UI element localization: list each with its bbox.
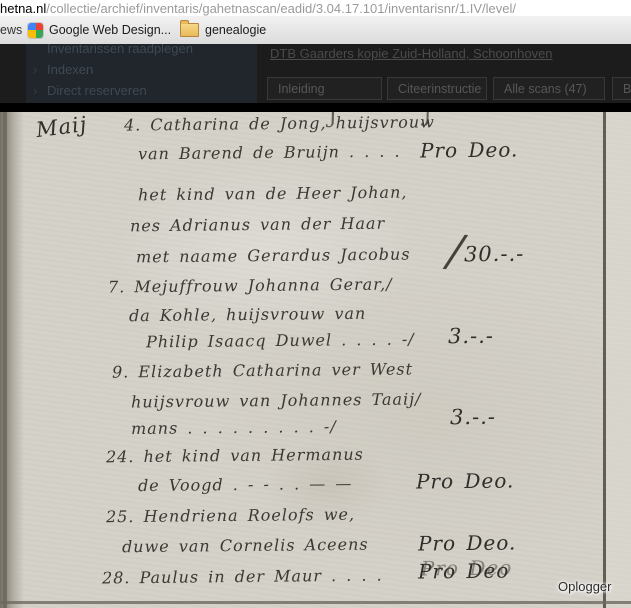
handwriting-line: van Barend de Bruijn . . . . (138, 142, 401, 164)
handwriting-line: mans . . . . . . . . . -/ (131, 417, 337, 438)
url-domain: hetna.nl (0, 1, 46, 16)
google-icon (28, 23, 43, 38)
viewer-watermark: Oplogger (558, 579, 611, 594)
handwriting-line: da Kohle, huijsvrouw van (129, 304, 366, 325)
handwriting-line: Philip Isaacq Duwel . . . . -/ (146, 330, 415, 352)
handwriting-line: 7. Mejuffrouw Johanna Gerar,/ (108, 275, 393, 297)
handwriting-line: 3.-.- (448, 324, 494, 348)
page-edge (606, 112, 631, 608)
folder-icon (180, 23, 199, 37)
handwriting-line: duwe van Cornelis Aceens (122, 535, 369, 557)
handwriting-line: / (445, 225, 465, 277)
handwriting-line: nes Adrianus van der Haar (130, 214, 385, 236)
url-path: /collectie/archief/inventaris/gahetnasca… (46, 1, 516, 16)
handwriting-line: Pro Deo (418, 559, 510, 584)
bookmark-clipped-label[interactable]: ews (0, 23, 22, 37)
sidebar-panel: Inventarissen raadplegen › Indexen › Dir… (26, 44, 257, 103)
chevron-right-icon: › (33, 83, 37, 98)
address-bar[interactable]: hetna.nl/collectie/archief/inventaris/ga… (0, 0, 631, 17)
handwriting-line: het kind van de Heer Johan, (138, 183, 408, 205)
dimmed-page-strip: Inventarissen raadplegen › Indexen › Dir… (0, 44, 631, 103)
handwriting-line: 3.-.- (450, 405, 496, 429)
handwriting-line: Pro Deo. (418, 530, 517, 555)
scan-area[interactable]: Maij Oplogger ʃʃ4. Catharina de Jong, hu… (0, 112, 631, 608)
book-binding-gutter (0, 112, 24, 608)
tab-alle-scans[interactable]: Alle scans (47) (493, 77, 605, 100)
tab-citeerinstructie[interactable]: Citeerinstructie (387, 77, 487, 100)
handwriting-line: 30.-.- (464, 242, 525, 267)
handwriting-line: de Voogd . - - . . — — (138, 474, 352, 495)
handwriting-line: 9. Elizabeth Catharina ver West (112, 359, 413, 381)
bookmark-label: genealogie (205, 23, 266, 37)
bookmark-google-web-designer[interactable]: Google Web Design... (28, 21, 171, 39)
handwriting-line: met naame Gerardus Jacobus (136, 245, 411, 267)
viewer-top-border (0, 103, 631, 112)
handwriting-line: 4. Catharina de Jong, huijsvrouw (124, 112, 435, 134)
page-bottom-rule (0, 601, 631, 604)
tab-clipped[interactable]: Be (612, 77, 631, 100)
browser-window: hetna.nl/collectie/archief/inventaris/ga… (0, 0, 631, 608)
bookmark-folder-genealogie[interactable]: genealogie (180, 21, 266, 39)
chevron-right-icon: › (33, 62, 37, 77)
month-label: Maij (35, 112, 89, 142)
tab-inleiding[interactable]: Inleiding (267, 77, 382, 100)
handwriting-line: Pro Deo. (416, 468, 515, 493)
bookmarks-bar: ews Google Web Design... genealogie (0, 16, 631, 45)
handwriting-line: huijsvrouw van Johannes Taaij/ (131, 389, 422, 411)
handwriting-line: Pro Deo. (420, 137, 519, 162)
handwriting-line: 24. het kind van Hermanus (106, 445, 364, 467)
handwriting-line: 25. Hendriena Roelofs we, (106, 505, 355, 527)
archive-title-link[interactable]: DTB Gaarders kopie Zuid-Holland, Schoonh… (270, 46, 553, 61)
handwriting-line: 28. Paulus in der Maur . . . . (102, 566, 383, 588)
bookmark-label: Google Web Design... (49, 23, 171, 37)
